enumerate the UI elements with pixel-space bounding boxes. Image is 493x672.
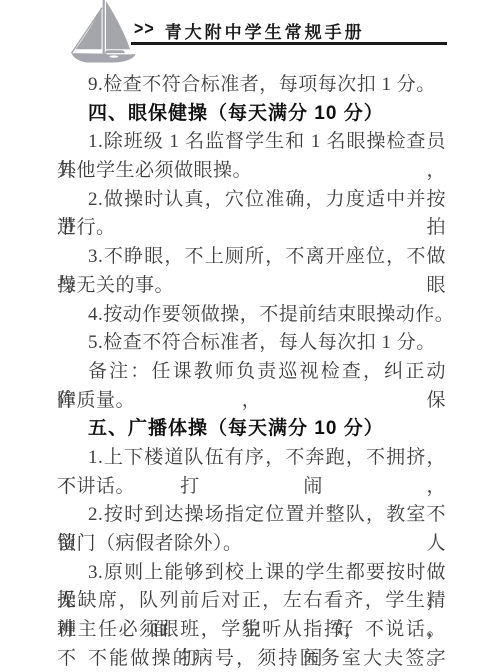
handbook-page: >> 青大附中学生常规手册 9.检查不符合标准者，每项每次扣 1 分。四、眼保健… [0, 0, 493, 672]
text-line: 班主任必须跟班，学生听从指挥，不说话，不打闹。 [57, 616, 446, 645]
text-line: 3.原则上能够到校上课的学生都要按时做操， [57, 559, 446, 588]
sailboat-right-sail [106, 1, 130, 49]
text-line: 不能做操的病号，须持医务室大夫签字的“病 [57, 645, 446, 672]
page-header: >> 青大附中学生常规手册 [134, 18, 447, 42]
sailboat-porthole [109, 55, 118, 57]
text-line: 备注：任课教师负责巡视检查，纠正动作，保 [57, 358, 446, 387]
text-line: 5.检查不符合标准者，每人每次扣 1 分。 [57, 329, 446, 358]
chevrons-icon: >> [134, 20, 155, 41]
page-content: 9.检查不符合标准者，每项每次扣 1 分。四、眼保健操（每天满分 10 分）1.… [57, 71, 446, 672]
page-header-title: 青大附中学生常规手册 [165, 18, 365, 43]
section-heading: 五、广播体操（每天满分 10 分） [57, 415, 446, 444]
text-line: 9.检查不符合标准者，每项每次扣 1 分。 [57, 71, 446, 100]
header-rule [131, 42, 447, 45]
text-line: 2.做操时认真，穴位准确，力度适中并按节拍 [57, 186, 446, 215]
sailboat-cabin [105, 50, 125, 53]
sailboat-mast [103, 0, 105, 55]
sailboat-icon [70, 0, 138, 63]
text-line: 1.上下楼道队伍有序，不奔跑，不拥挤，不打闹， [57, 444, 446, 473]
text-line: 1.除班级 1 名监督学生和 1 名眼操检查员外， [57, 128, 446, 157]
text-line: 3.不睁眼，不上厕所，不离开座位，不做与眼 [57, 243, 446, 272]
text-line: 无缺席，队列前后对正，左右看齐，学生精神面貌好。 [57, 587, 446, 616]
text-line: 2.按时到达操场指定位置并整队，教室不留人 [57, 501, 446, 530]
sailboat-hull [72, 53, 136, 62]
text-line: 4.按动作要领做操，不提前结束眼操动作。 [57, 301, 446, 330]
section-heading: 四、眼保健操（每天满分 10 分） [57, 100, 446, 129]
